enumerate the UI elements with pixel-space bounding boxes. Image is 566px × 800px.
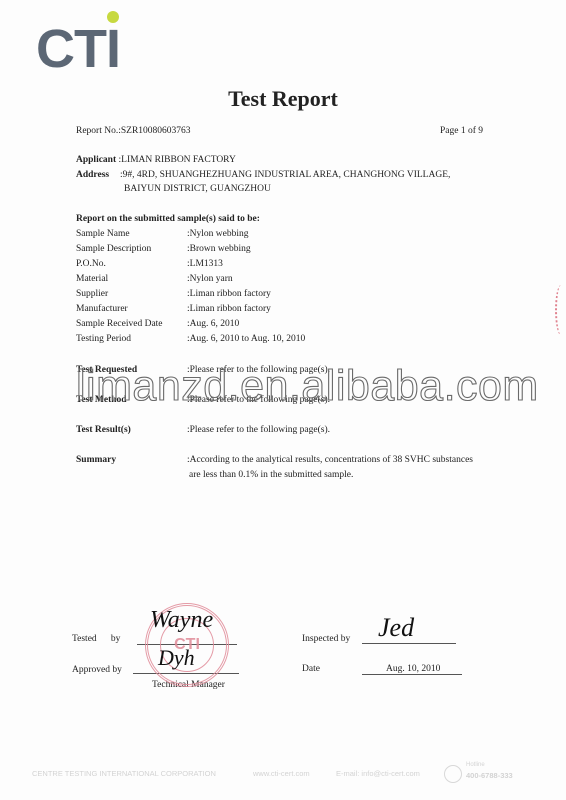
sample-field-value: :Nylon webbing: [187, 227, 248, 241]
address-row: Address: [76, 168, 109, 182]
applicant-label: Applicant: [76, 155, 116, 165]
summary-line-2: are less than 0.1% in the submitted samp…: [189, 468, 353, 482]
sample-heading: Report on the submitted sample(s) said t…: [76, 212, 260, 226]
sample-field-value: :Liman ribbon factory: [187, 287, 271, 301]
sample-field-value: :Brown webbing: [187, 242, 251, 256]
applicant-row: Applicant :LIMAN RIBBON FACTORY: [76, 153, 236, 167]
sample-field-value: :LM1313: [187, 257, 223, 271]
report-number: Report No.:SZR10080603763: [76, 124, 191, 138]
footer-hotline-label: Hotline: [466, 762, 485, 768]
footer-email[interactable]: E-mail: info@cti-cert.com: [336, 769, 420, 778]
document-title: Test Report: [0, 86, 566, 112]
footer-company: CENTRE TESTING INTERNATIONAL CORPORATION: [32, 769, 216, 778]
logo-dot-icon: [107, 11, 119, 23]
applicant-value: :LIMAN RIBBON FACTORY: [119, 155, 236, 165]
address-label: Address: [76, 170, 109, 180]
test-section-label: Test Result(s): [76, 423, 131, 437]
footer-website[interactable]: www.cti-cert.com: [253, 769, 310, 778]
sample-field-label: Testing Period: [76, 332, 131, 346]
tester-signature: Wayne: [150, 607, 213, 634]
sample-field-label: Supplier: [76, 287, 108, 301]
address-line-2: BAIYUN DISTRICT, GUANGZHOU: [124, 182, 271, 196]
summary-line-1: :According to the analytical results, co…: [187, 453, 473, 467]
tested-by-label: Tested by: [72, 632, 120, 646]
cti-logo: CTI: [36, 22, 120, 76]
approver-signature: Dyh: [158, 645, 195, 671]
test-section-value: :Please refer to the following page(s).: [187, 423, 330, 437]
date-label: Date: [302, 662, 320, 676]
footer-hotline: 400-6788-333: [466, 771, 513, 780]
approved-by-label: Approved by: [72, 663, 122, 677]
sample-field-label: Manufacturer: [76, 302, 128, 316]
page-indicator: Page 1 of 9: [440, 124, 483, 138]
sample-field-value: :Aug. 6, 2010 to Aug. 10, 2010: [187, 332, 305, 346]
inspected-by-label: Inspected by: [302, 632, 350, 646]
sample-field-label: Sample Description: [76, 242, 151, 256]
sample-field-label: Material: [76, 272, 108, 286]
sample-field-value: :Liman ribbon factory: [187, 302, 271, 316]
date-line: [362, 674, 462, 675]
sample-field-label: Sample Received Date: [76, 317, 163, 331]
address-line-1: :9#, 4RD, SHUANGHEZHUANG INDUSTRIAL AREA…: [120, 168, 450, 182]
stamp-edge-mark: [555, 285, 566, 335]
sample-field-value: :Nylon yarn: [187, 272, 233, 286]
inspected-by-line: [362, 643, 456, 644]
watermark: limanzd.en.alibaba.com: [76, 365, 539, 408]
summary-label: Summary: [76, 453, 116, 467]
hotline-phone-icon: [444, 765, 462, 783]
sample-field-value: :Aug. 6, 2010: [187, 317, 239, 331]
sample-field-label: Sample Name: [76, 227, 130, 241]
sample-field-label: P.O.No.: [76, 257, 106, 271]
inspector-signature: Jed: [378, 613, 414, 643]
